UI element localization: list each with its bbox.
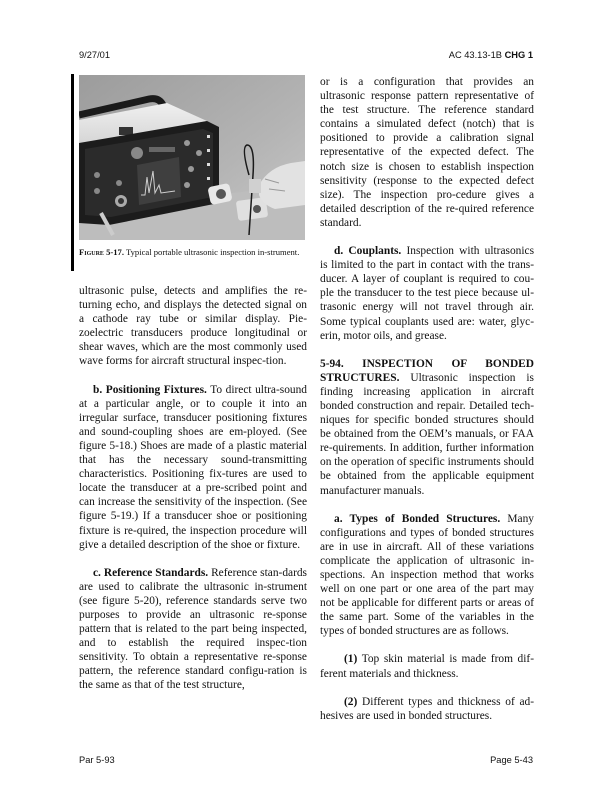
change-number: CHG 1 bbox=[505, 50, 533, 60]
heading-couplants: d. Couplants. bbox=[334, 245, 401, 257]
right-column: or is a configuration that provides an u… bbox=[320, 75, 534, 737]
heading-reference-standards: c. Reference Standards. bbox=[93, 567, 208, 579]
paragraph-reference-continued: or is a configuration that provides an u… bbox=[320, 75, 534, 230]
figure-caption: Figure 5-17. Typical portable ultrasonic… bbox=[79, 246, 305, 258]
paragraph-ultrasonic-pulse: ultrasonic pulse, detects and amplifies … bbox=[79, 284, 307, 369]
paragraph-types-bonded-structures: a. Types of Bonded Structures. Many conf… bbox=[320, 512, 534, 639]
figure-photo-ultrasonic-instrument bbox=[79, 75, 305, 240]
doc-id: AC 43.13-1B bbox=[449, 50, 502, 60]
list-number-1: (1) bbox=[344, 653, 357, 665]
paragraph-couplants: d. Couplants. Inspection with ultrasonic… bbox=[320, 244, 534, 343]
change-bar bbox=[71, 74, 74, 271]
heading-types-bonded-structures: a. Types of Bonded Structures. bbox=[334, 513, 500, 525]
footer-page-number: Page 5-43 bbox=[490, 755, 533, 765]
heading-positioning-fixtures: b. Positioning Fixtures. bbox=[93, 384, 207, 396]
figure-label: Figure 5-17. bbox=[79, 247, 124, 257]
figure-caption-text: Typical portable ultrasonic inspection i… bbox=[124, 247, 299, 257]
types-bonded-text: Many configurations and types of bonded … bbox=[320, 513, 534, 638]
reference-standards-text: Reference stan-dards are used to calibra… bbox=[79, 567, 307, 692]
left-column: ultrasonic pulse, detects and amplifies … bbox=[79, 284, 307, 707]
header-doc-id: AC 43.13-1B CHG 1 bbox=[449, 50, 533, 60]
list-number-2: (2) bbox=[344, 696, 357, 708]
positioning-fixtures-text: To direct ultra-sound at a particular an… bbox=[79, 384, 307, 551]
header-date: 9/27/01 bbox=[79, 50, 110, 60]
bonded-structures-text: Ultrasonic inspection is finding increas… bbox=[320, 372, 534, 497]
list-item-1: (1) Top skin material is made from dif-f… bbox=[320, 652, 534, 680]
couplants-text: Inspection with ultrasonics is limited t… bbox=[320, 245, 534, 342]
paragraph-reference-standards: c. Reference Standards. Reference stan-d… bbox=[79, 566, 307, 693]
list-item-2: (2) Different types and thickness of ad-… bbox=[320, 695, 534, 723]
paragraph-positioning-fixtures: b. Positioning Fixtures. To direct ultra… bbox=[79, 383, 307, 552]
footer-paragraph-ref: Par 5-93 bbox=[79, 755, 115, 765]
paragraph-inspection-bonded-structures: 5-94. INSPECTION OF BONDED STRUCTURES. U… bbox=[320, 357, 534, 498]
